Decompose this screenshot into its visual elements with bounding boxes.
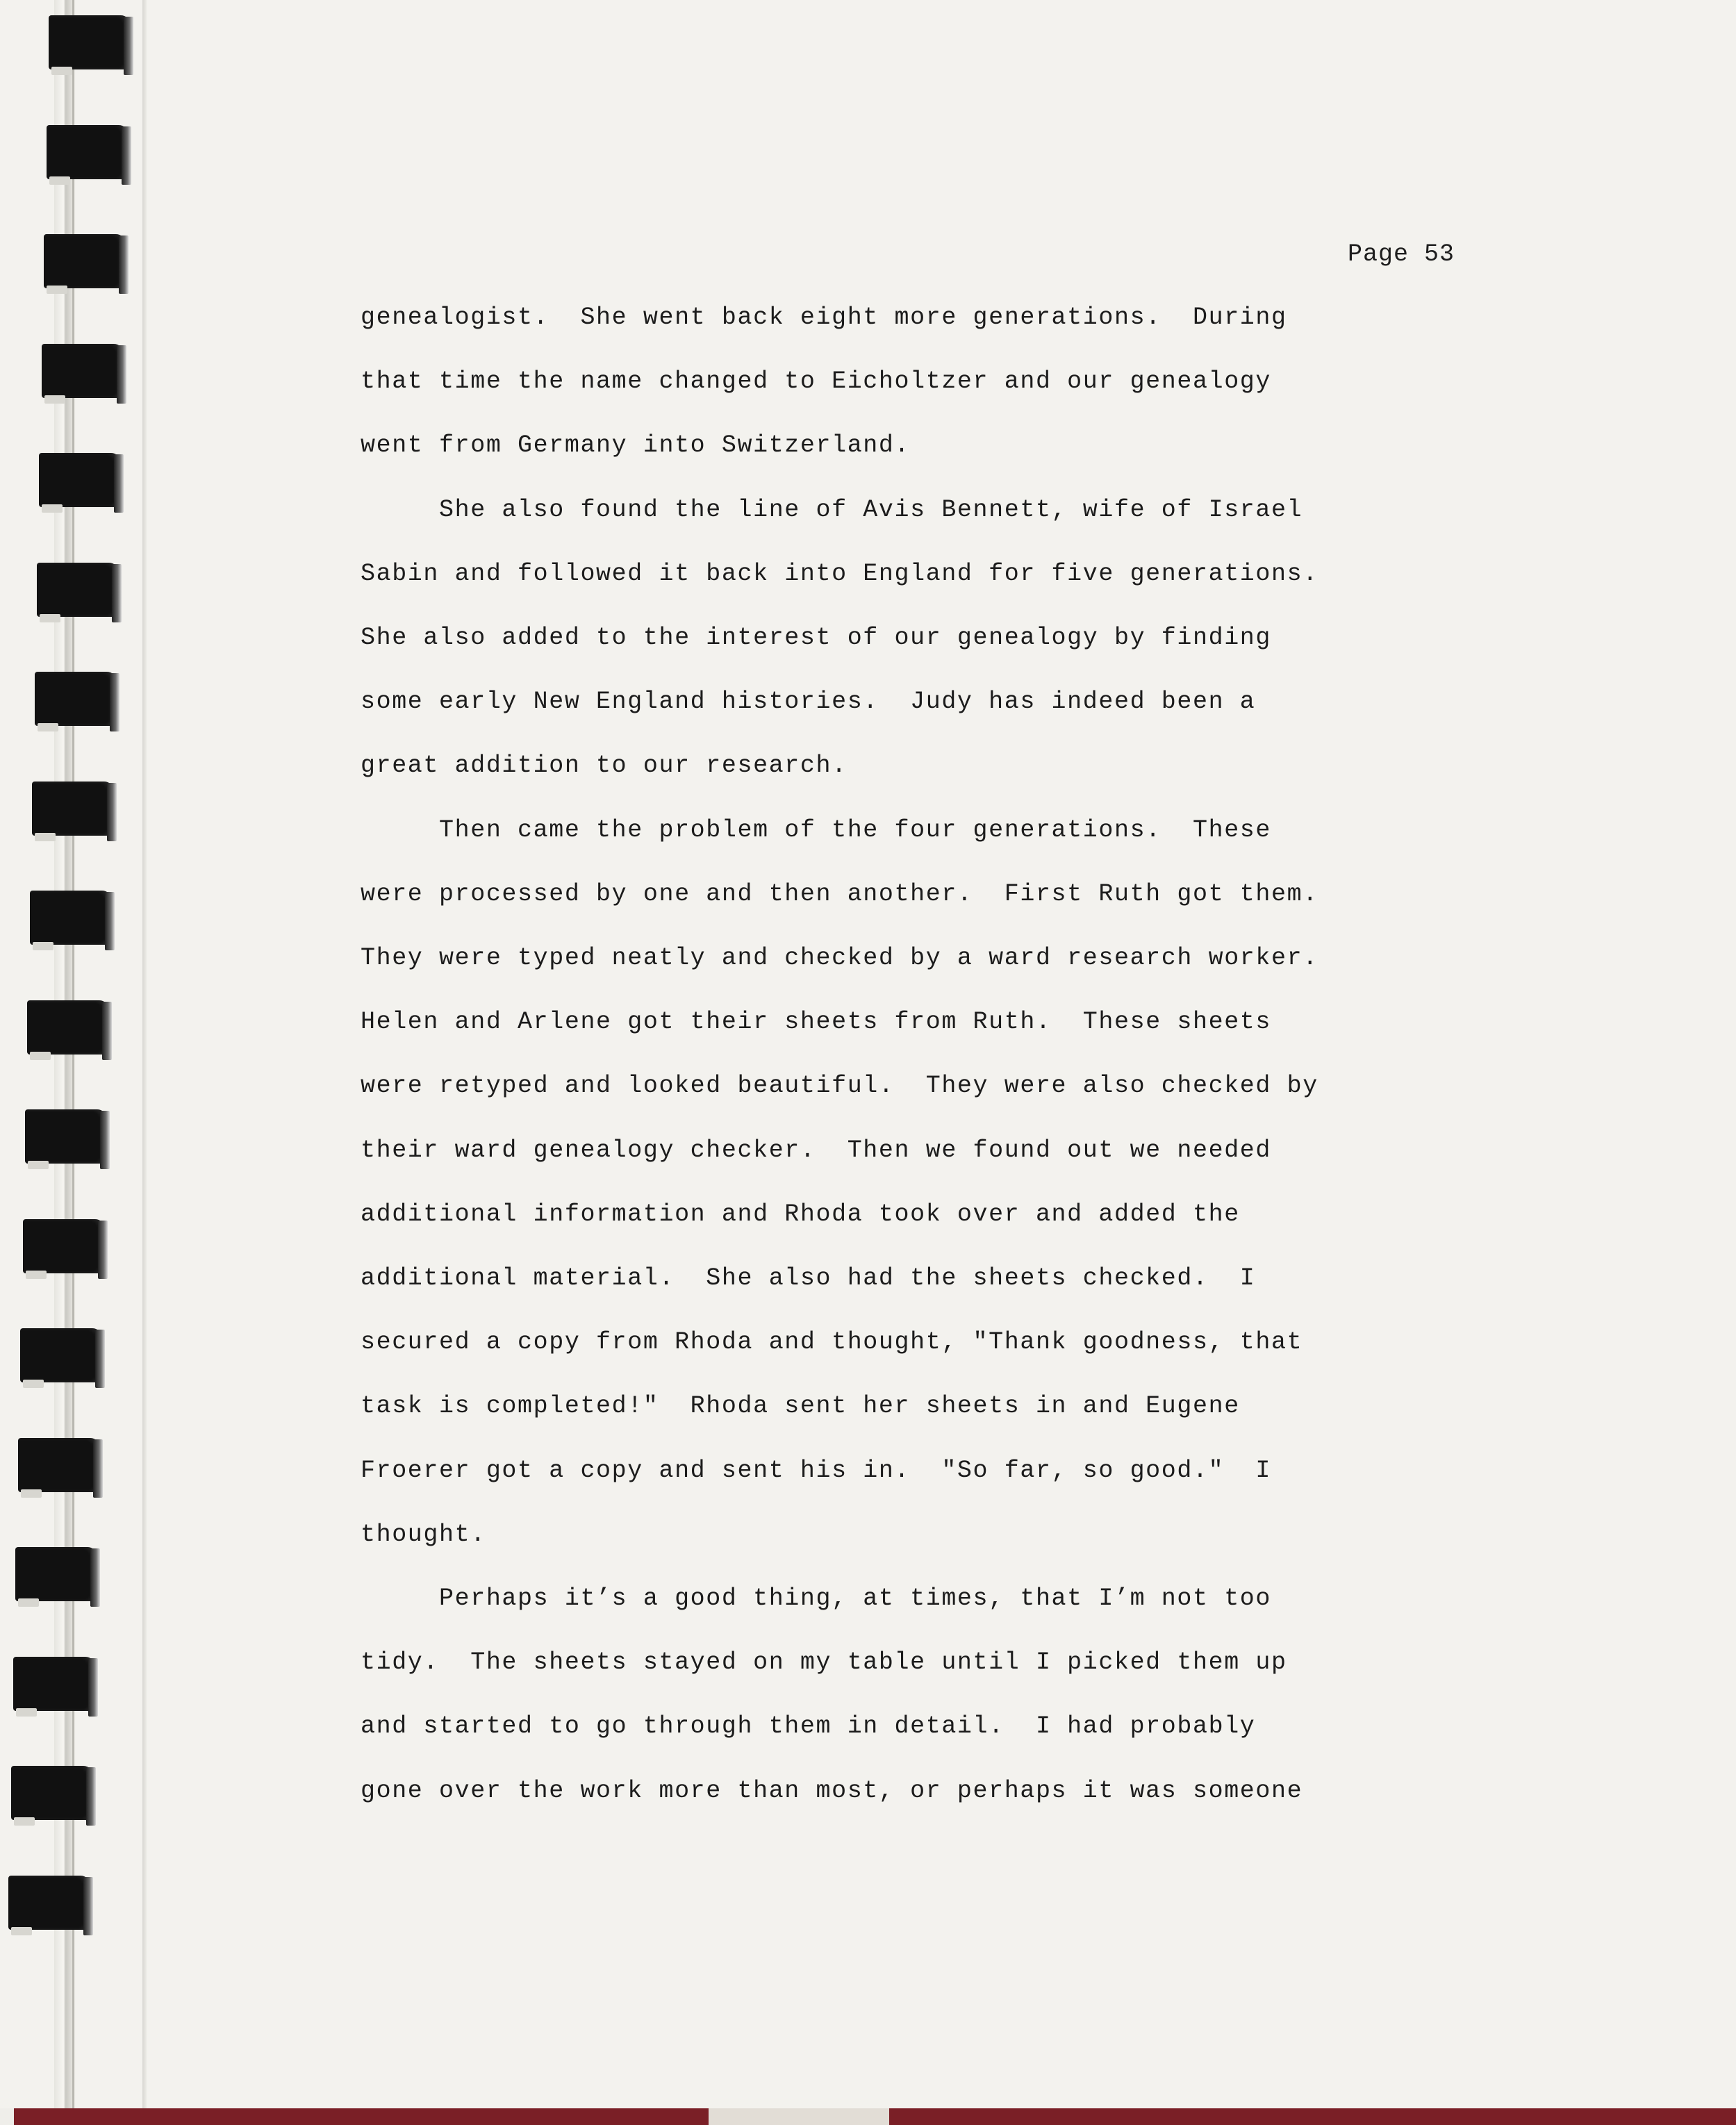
text-line: thought. — [361, 1521, 486, 1548]
ring-tip — [124, 17, 133, 75]
binding-ring — [35, 672, 124, 733]
punch-hole — [33, 942, 53, 950]
text-line: were retyped and looked beautiful. They … — [361, 1072, 1318, 1100]
text-line: Perhaps it’s a good thing, at times, tha… — [361, 1585, 1271, 1612]
ring-tip — [117, 345, 126, 404]
ring-tip — [107, 783, 117, 841]
page-number: Page 53 — [1348, 240, 1455, 268]
punch-hole — [44, 395, 65, 404]
binding-ring — [20, 1328, 109, 1389]
binding-ring — [39, 453, 128, 514]
ring-band — [44, 234, 126, 288]
punch-hole — [40, 614, 60, 622]
ring-band — [35, 672, 117, 726]
text-line: and started to go through them in detail… — [361, 1712, 1255, 1740]
binding-ring — [37, 563, 126, 624]
binding-ring — [13, 1657, 102, 1718]
cover-edge-strip — [14, 2108, 1736, 2125]
binding-ring — [18, 1438, 107, 1499]
text-line: that time the name changed to Eicholtzer… — [361, 367, 1271, 395]
punch-hole — [51, 67, 72, 75]
text-line: went from Germany into Switzerland. — [361, 431, 910, 459]
ring-band — [39, 453, 121, 507]
ring-band — [37, 563, 119, 617]
ring-tip — [105, 892, 115, 950]
ring-band — [8, 1876, 90, 1930]
ring-tip — [122, 126, 131, 185]
punch-hole — [47, 286, 67, 294]
text-line: additional information and Rhoda took ov… — [361, 1200, 1240, 1228]
punch-hole — [30, 1052, 51, 1060]
punch-hole — [16, 1708, 37, 1717]
ring-tip — [112, 564, 122, 622]
punch-hole — [21, 1489, 42, 1498]
ring-tip — [83, 1877, 93, 1935]
ring-tip — [114, 454, 124, 513]
text-line: Helen and Arlene got their sheets from R… — [361, 1008, 1271, 1036]
binding-ring — [47, 125, 135, 186]
binding-ring — [23, 1219, 112, 1280]
binding-ring — [30, 891, 119, 952]
text-line: She also found the line of Avis Bennett,… — [361, 496, 1303, 524]
ring-band — [30, 891, 112, 945]
text-line: Then came the problem of the four genera… — [361, 816, 1271, 844]
punch-hole — [38, 723, 58, 731]
ring-tip — [86, 1767, 96, 1826]
ring-band — [32, 782, 114, 836]
text-line: Froerer got a copy and sent his in. "So … — [361, 1457, 1271, 1485]
punch-hole — [42, 504, 63, 513]
ring-band — [25, 1109, 107, 1164]
ring-tip — [98, 1221, 108, 1279]
text-line: their ward genealogy checker. Then we fo… — [361, 1136, 1271, 1164]
binding-ring — [44, 234, 133, 295]
ring-band — [47, 125, 129, 179]
ring-band — [13, 1657, 95, 1711]
punch-hole — [35, 833, 56, 841]
text-line: secured a copy from Rhoda and thought, "… — [361, 1328, 1303, 1356]
punch-hole — [49, 176, 70, 185]
text-line: genealogist. She went back eight more ge… — [361, 304, 1287, 331]
punch-hole — [11, 1927, 32, 1935]
binding-ring — [15, 1547, 104, 1608]
ring-band — [49, 15, 131, 69]
ring-band — [11, 1766, 93, 1820]
text-line: She also added to the interest of our ge… — [361, 624, 1271, 652]
punch-hole — [18, 1598, 39, 1607]
binding-ring — [8, 1876, 97, 1937]
ring-tip — [119, 235, 129, 294]
ring-tip — [102, 1002, 112, 1060]
ring-tip — [95, 1330, 105, 1388]
binding-ring — [32, 782, 121, 843]
text-line: additional material. She also had the sh… — [361, 1264, 1255, 1292]
ring-tip — [88, 1658, 98, 1717]
ring-band — [42, 344, 124, 398]
binding-ring — [27, 1000, 116, 1061]
text-line: great addition to our research. — [361, 752, 848, 779]
text-line: tidy. The sheets stayed on my table unti… — [361, 1648, 1287, 1676]
comb-binding — [0, 0, 153, 2125]
punch-hole — [23, 1380, 44, 1388]
ring-band — [27, 1000, 109, 1055]
binding-ring — [25, 1109, 114, 1171]
punch-hole — [28, 1161, 49, 1169]
ring-tip — [90, 1548, 100, 1607]
binding-ring — [49, 15, 138, 76]
ring-band — [18, 1438, 100, 1492]
binding-ring — [11, 1766, 100, 1827]
binding-ring — [42, 344, 131, 405]
text-line: Sabin and followed it back into England … — [361, 560, 1318, 588]
text-line: were processed by one and then another. … — [361, 880, 1318, 908]
ring-tip — [93, 1439, 103, 1498]
ring-tip — [110, 673, 119, 731]
punch-hole — [14, 1817, 35, 1826]
ring-band — [20, 1328, 102, 1382]
ring-tip — [100, 1111, 110, 1169]
cover-edge-gap — [709, 2108, 889, 2125]
ring-band — [23, 1219, 105, 1273]
text-line: some early New England histories. Judy h… — [361, 688, 1255, 716]
text-line: They were typed neatly and checked by a … — [361, 944, 1318, 972]
text-line: task is completed!" Rhoda sent her sheet… — [361, 1392, 1240, 1420]
text-line: gone over the work more than most, or pe… — [361, 1777, 1303, 1805]
ring-band — [15, 1547, 97, 1601]
punch-hole — [26, 1271, 47, 1279]
